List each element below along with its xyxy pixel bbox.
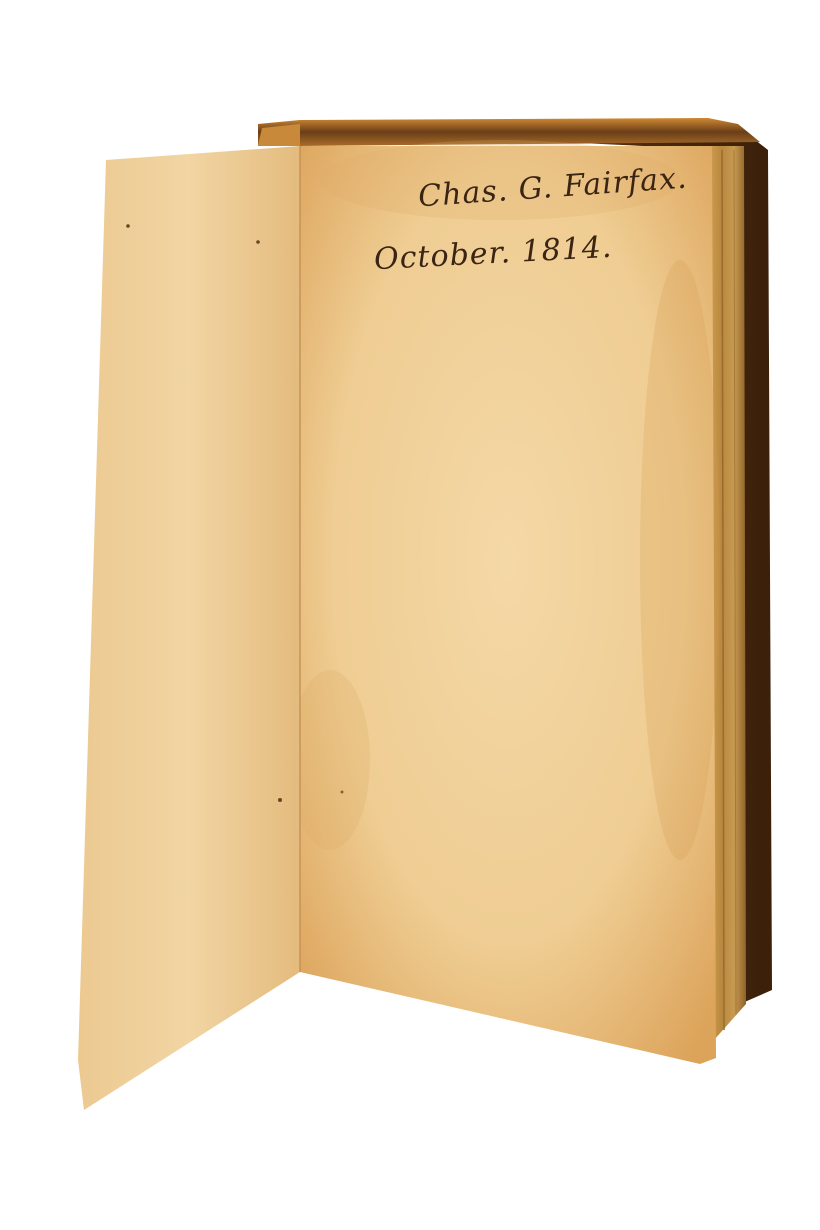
left-page xyxy=(78,146,300,1110)
book-photo: Chas. G. Fairfax. October. 1814. xyxy=(0,0,820,1230)
book-illustration xyxy=(0,0,820,1230)
